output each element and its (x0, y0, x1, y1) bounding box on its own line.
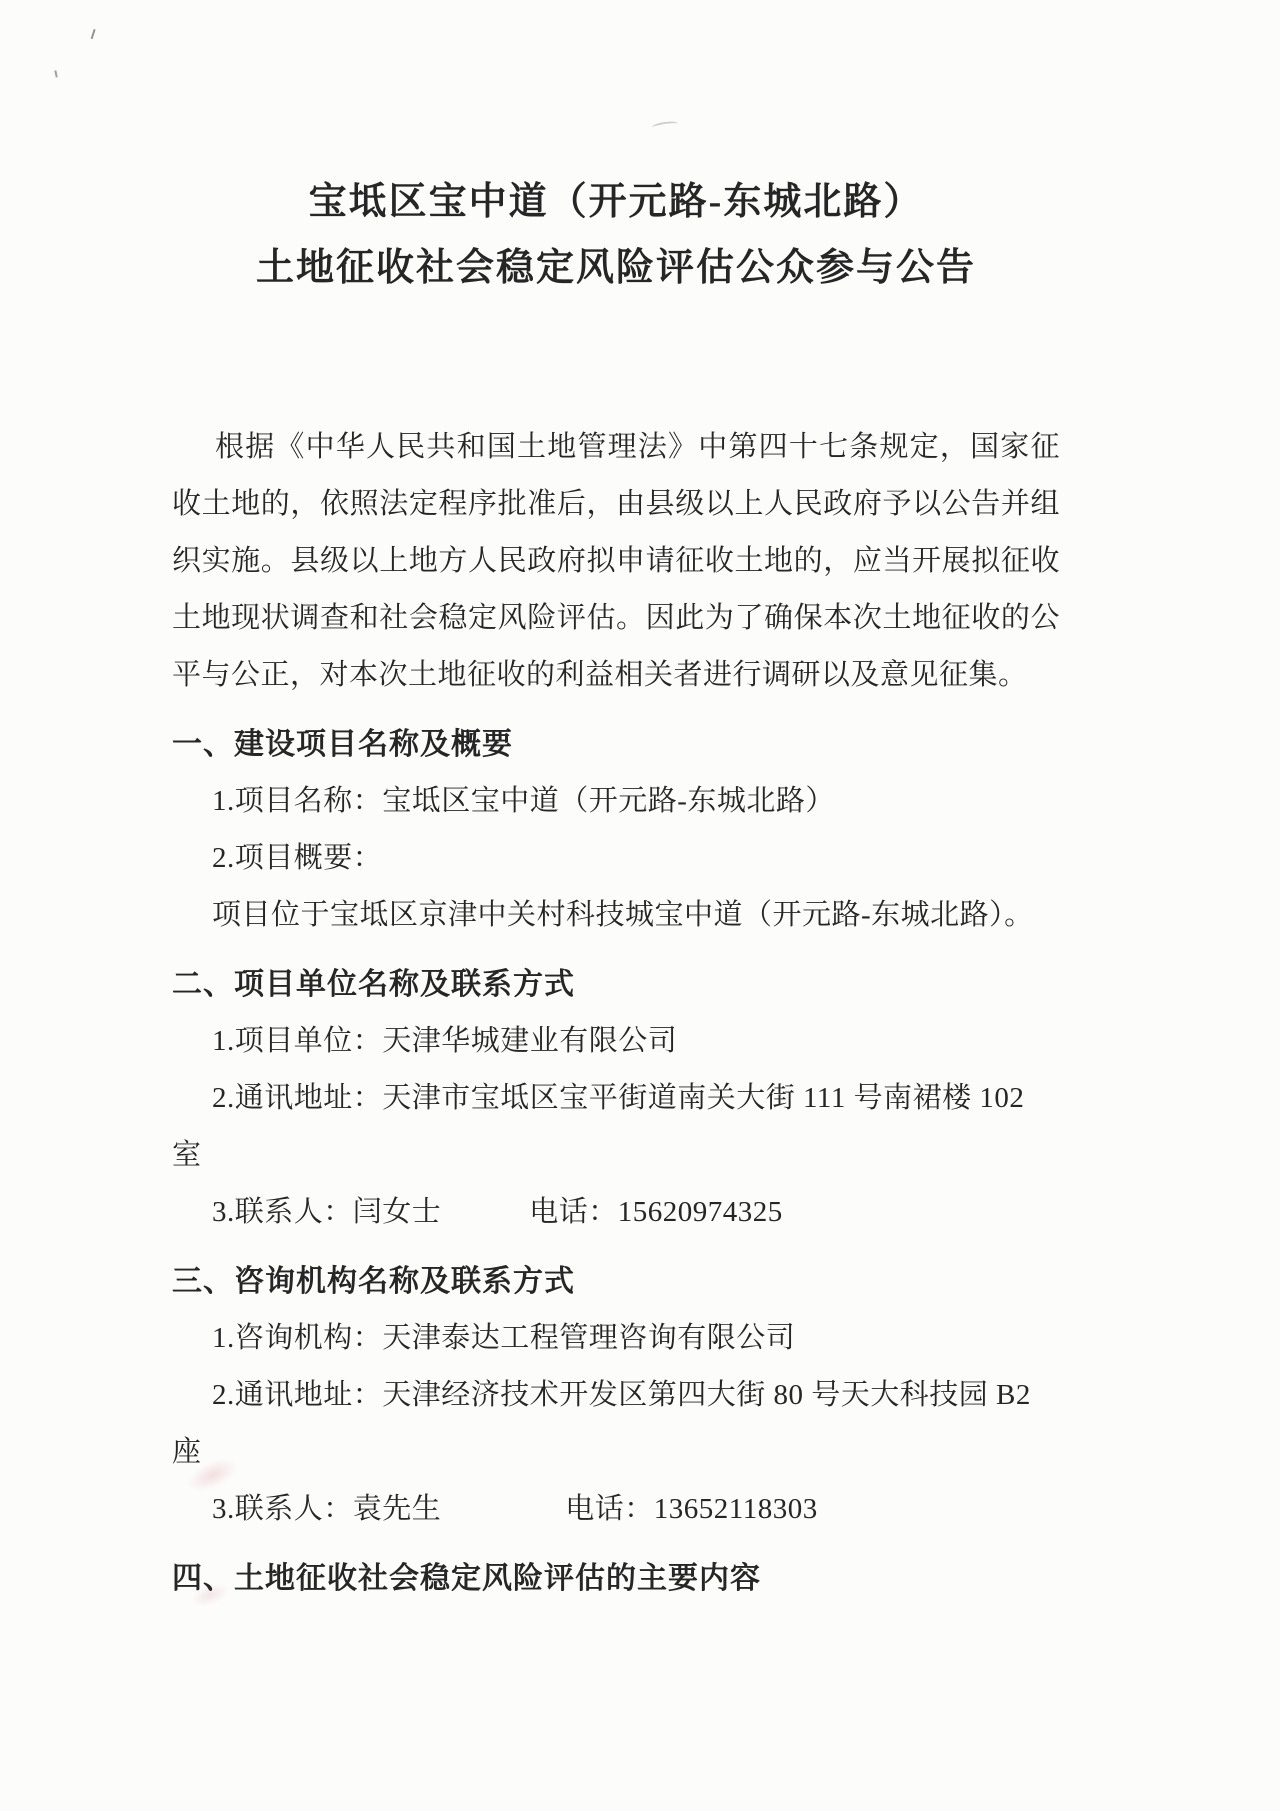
section-project-unit-contact: 二、项目单位名称及联系方式 1.项目单位：天津华城建业有限公司 2.通讯地址：天… (172, 956, 1060, 1241)
project-unit-line: 1.项目单位：天津华城建业有限公司 (172, 1013, 1060, 1070)
unit-contact-person: 3.联系人：闫女士 (212, 1184, 441, 1241)
section-consulting-agency-contact: 三、咨询机构名称及联系方式 1.咨询机构：天津泰达工程管理咨询有限公司 2.通讯… (172, 1253, 1060, 1538)
scanned-document-page: 宝坻区宝中道（开元路-东城北路） 土地征收社会稳定风险评估公众参与公告 根据《中… (0, 0, 1280, 1811)
unit-contact-row: 3.联系人：闫女士 电话：15620974325 (172, 1184, 1060, 1241)
section-4-heading: 四、土地征收社会稳定风险评估的主要内容 (172, 1550, 1060, 1607)
agency-name-line: 1.咨询机构：天津泰达工程管理咨询有限公司 (172, 1310, 1060, 1367)
agency-contact-row: 3.联系人：袁先生 电话：13652118303 (172, 1481, 1060, 1538)
agency-address-line1: 2.通讯地址：天津经济技术开发区第四大街 80 号天大科技园 B2 (172, 1367, 1060, 1424)
scan-artifact (54, 69, 61, 77)
scan-artifact (652, 120, 679, 131)
agency-address-line2: 座 (172, 1424, 1060, 1481)
unit-address-line2: 室 (172, 1127, 1060, 1184)
agency-contact-person: 3.联系人：袁先生 (212, 1481, 441, 1538)
doc-title-line2: 土地征收社会稳定风险评估公众参与公告 (172, 248, 1060, 288)
intro-paragraph: 根据《中华人民共和国土地管理法》中第四十七条规定，国家征收土地的，依照法定程序批… (172, 419, 1060, 704)
scan-artifact (91, 29, 102, 41)
section-project-overview: 一、建设项目名称及概要 1.项目名称：宝坻区宝中道（开元路-东城北路） 2.项目… (172, 716, 1060, 944)
unit-address-line1: 2.通讯地址：天津市宝坻区宝平街道南关大街 111 号南裙楼 102 (172, 1070, 1060, 1127)
project-name-line: 1.项目名称：宝坻区宝中道（开元路-东城北路） (172, 773, 1060, 830)
project-summary-text: 项目位于宝坻区京津中关村科技城宝中道（开元路-东城北路）。 (172, 887, 1060, 944)
section-3-heading: 三、咨询机构名称及联系方式 (172, 1253, 1060, 1310)
project-summary-label: 2.项目概要： (172, 830, 1060, 887)
agency-contact-phone: 电话：13652118303 (565, 1481, 817, 1538)
unit-contact-phone: 电话：15620974325 (529, 1184, 783, 1241)
doc-title-line1: 宝坻区宝中道（开元路-东城北路） (172, 182, 1060, 222)
section-assessment-main-content: 四、土地征收社会稳定风险评估的主要内容 (172, 1550, 1060, 1607)
section-1-heading: 一、建设项目名称及概要 (172, 716, 1060, 773)
section-2-heading: 二、项目单位名称及联系方式 (172, 956, 1060, 1013)
